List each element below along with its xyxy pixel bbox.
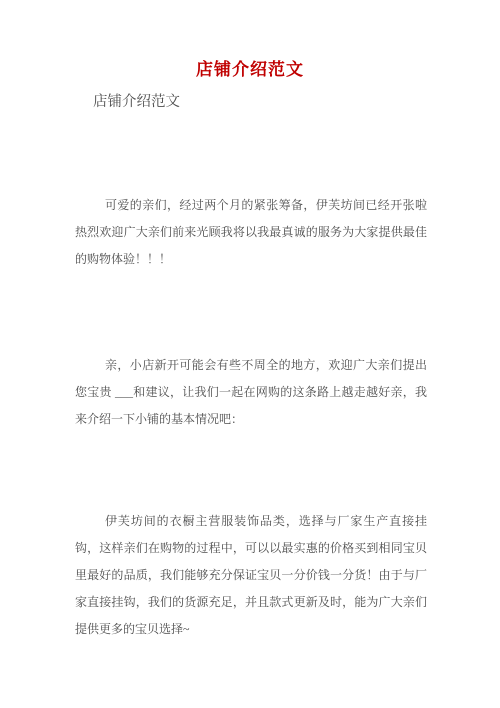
paragraph-shop-products-intro: 伊芙坊间的衣橱主营服装饰品类，选择与厂家生产直接挂钩，这样亲们在购物的过程中，可… xyxy=(75,508,427,643)
paragraph-opening-announcement: 可爱的亲们，经过两个月的紧张筹备，伊芙坊间已经开张啦热烈欢迎广大亲们前来光顾我将… xyxy=(75,192,427,273)
document-page: 店铺介绍范文 店铺介绍范文 可爱的亲们，经过两个月的紧张筹备，伊芙坊间已经开张啦… xyxy=(0,0,500,708)
paragraph-feedback-request: 亲，小店新开可能会有些不周全的地方，欢迎广大亲们提出您宝贵 ___和建议，让我们… xyxy=(75,352,427,433)
document-subtitle: 店铺介绍范文 xyxy=(93,95,500,110)
document-title: 店铺介绍范文 xyxy=(0,0,500,80)
